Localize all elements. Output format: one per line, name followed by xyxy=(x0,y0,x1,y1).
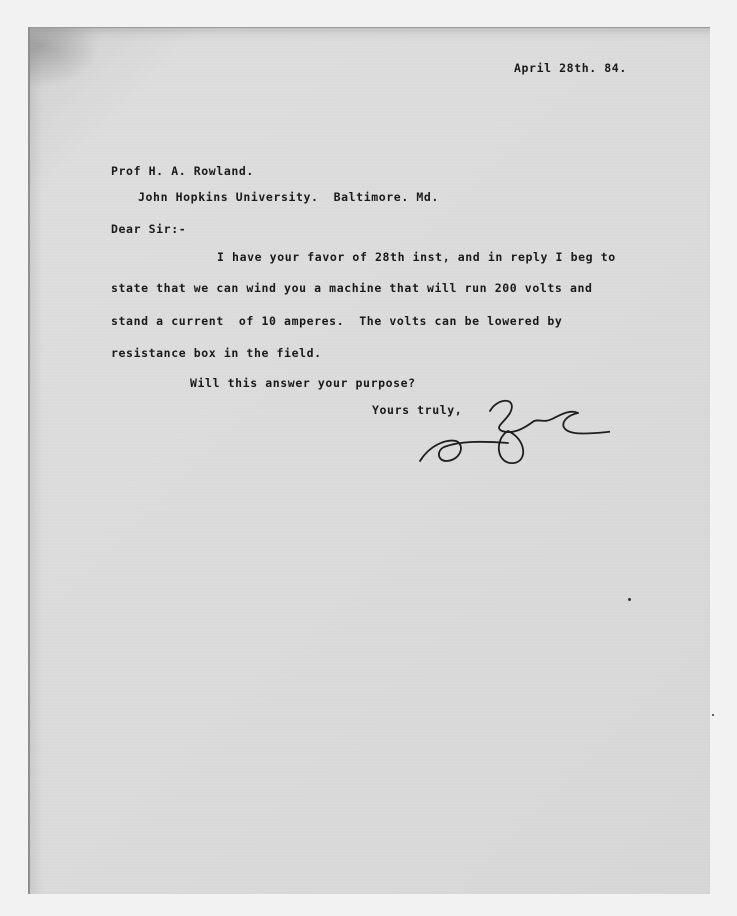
signature-icon xyxy=(410,383,610,468)
paper-speck xyxy=(628,598,631,601)
body-line: stand a current of 10 amperes. The volts… xyxy=(111,314,562,328)
recipient-name: Prof H. A. Rowland. xyxy=(111,164,254,178)
body-line: resistance box in the field. xyxy=(111,346,322,360)
paper-speck xyxy=(712,714,714,716)
recipient-address: John Hopkins University. Baltimore. Md. xyxy=(138,190,439,204)
page-stain xyxy=(30,28,100,88)
body-line: Will this answer your purpose? xyxy=(190,376,416,390)
letter-page: April 28th. 84. Prof H. A. Rowland. John… xyxy=(28,27,710,894)
body-line: state that we can wind you a machine tha… xyxy=(111,281,593,295)
body-line: I have your favor of 28th inst, and in r… xyxy=(217,250,616,264)
salutation: Dear Sir:- xyxy=(111,222,186,236)
letter-date: April 28th. 84. xyxy=(514,61,627,75)
